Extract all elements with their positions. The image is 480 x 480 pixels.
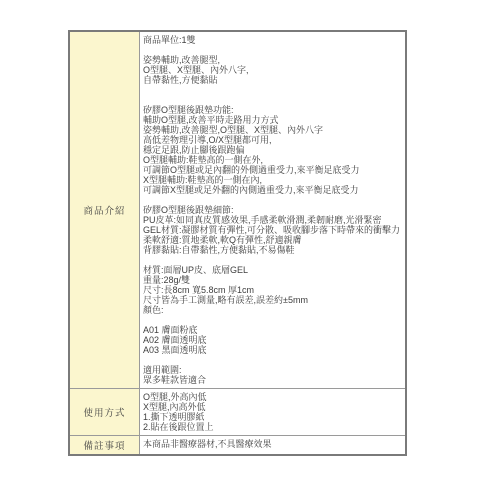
table-row-product-intro: 商品介紹 商品單位:1雙 姿勢輔助,改善腿型,O型腿、X型腿、內外八字,自帶黏性… <box>69 31 406 389</box>
text-line <box>143 85 401 95</box>
text-line: A03 黑面透明底 <box>143 345 401 355</box>
row-label-cell-usage: 使用方式 <box>69 389 140 436</box>
text-line: 眾多鞋款皆適合 <box>143 375 401 385</box>
text-line <box>143 45 401 55</box>
row-label-cell-product-intro: 商品介紹 <box>69 31 140 389</box>
text-line <box>143 195 401 205</box>
text-line: 材質:面層UP皮、底層GEL <box>143 265 401 275</box>
text-line: 高低差物理引導,O/X型腿都可用, <box>143 135 401 145</box>
product-detail-page: 商品介紹 商品單位:1雙 姿勢輔助,改善腿型,O型腿、X型腿、內外八字,自帶黏性… <box>0 0 480 480</box>
row-label: 使用方式 <box>83 408 125 419</box>
text-line: O型腿輔助:鞋墊高的一側在外, <box>143 155 401 165</box>
text-line <box>143 255 401 265</box>
text-line: 重量:28g/雙 <box>143 275 401 285</box>
text-line: X型腿輔助:鞋墊高的一側在內, <box>143 175 401 185</box>
table-row-usage: 使用方式 O型腿,外高內低X型腿,內高外低1.撕下透明膠紙2.貼在後跟位置上 <box>69 389 406 436</box>
text-line: 輔助O型腿,改善平時走路用力方式 <box>143 115 401 125</box>
text-line: 柔軟舒適:質地柔軟,軟Q有彈性,舒適親膚 <box>143 235 401 245</box>
text-line: 尺寸:長8cm 寬5.8cm 厚1cm <box>143 285 401 295</box>
text-line: 適用範圍: <box>143 365 401 375</box>
text-line: A02 膚面透明底 <box>143 335 401 345</box>
product-spec-table: 商品介紹 商品單位:1雙 姿勢輔助,改善腿型,O型腿、X型腿、內外八字,自帶黏性… <box>68 30 407 456</box>
text-line: 姿勢輔助,改善腿型, <box>143 55 401 65</box>
text-line: 穩定足跟,防止腳後跟跑偏 <box>143 145 401 155</box>
text-line: 姿勢輔助,改善腿型,O型腿、X型腿、內外八字 <box>143 125 401 135</box>
text-line: O型腿、X型腿、內外八字, <box>143 65 401 75</box>
text-line: O型腿,外高內低 <box>143 392 401 402</box>
text-line <box>143 95 401 105</box>
text-line: 矽膠O型腿後跟墊細節: <box>143 205 401 215</box>
text-line: 背膠黏貼:自帶黏性,方便黏貼,不易傷鞋 <box>143 245 401 255</box>
text-line: 顏色: <box>143 305 401 315</box>
text-line: 商品單位:1雙 <box>143 35 401 45</box>
text-line: 可調節O型腿或足內翻的外側過重受力,來平衡足底受力 <box>143 165 401 175</box>
text-line: 本商品非醫療器材,不具醫療效果 <box>143 439 401 449</box>
text-line <box>143 355 401 365</box>
row-content-remarks: 本商品非醫療器材,不具醫療效果 <box>140 436 407 456</box>
row-content-product-intro: 商品單位:1雙 姿勢輔助,改善腿型,O型腿、X型腿、內外八字,自帶黏性,方便黏貼… <box>140 31 407 389</box>
row-label: 備註事項 <box>83 441 125 452</box>
text-line: GEL材質:凝膠材質有彈性,可分散、吸收腳步落下時帶來的衝擊力 <box>143 225 401 235</box>
table-row-remarks: 備註事項 本商品非醫療器材,不具醫療效果 <box>69 436 406 456</box>
text-line: 矽膠O型腿後跟墊功能: <box>143 105 401 115</box>
text-line: A01 膚面粉底 <box>143 325 401 335</box>
text-line: 自帶黏性,方便黏貼 <box>143 75 401 85</box>
text-line <box>143 315 401 325</box>
text-line: 可調節X型腿或足外翻的內側過重受力,來平衡足底受力 <box>143 185 401 195</box>
row-label: 商品介紹 <box>83 206 125 217</box>
text-line: X型腿,內高外低 <box>143 402 401 412</box>
text-line: 1.撕下透明膠紙 <box>143 412 401 422</box>
text-line: 2.貼在後跟位置上 <box>143 422 401 432</box>
row-label-cell-remarks: 備註事項 <box>69 436 140 456</box>
text-line: 尺寸皆為手工測量,略有誤差,誤差約±5mm <box>143 295 401 305</box>
row-content-usage: O型腿,外高內低X型腿,內高外低1.撕下透明膠紙2.貼在後跟位置上 <box>140 389 407 436</box>
text-line: PU皮革:如同真皮質感效果,手感柔軟滑潤,柔韌耐磨,光滑緊密 <box>143 215 401 225</box>
